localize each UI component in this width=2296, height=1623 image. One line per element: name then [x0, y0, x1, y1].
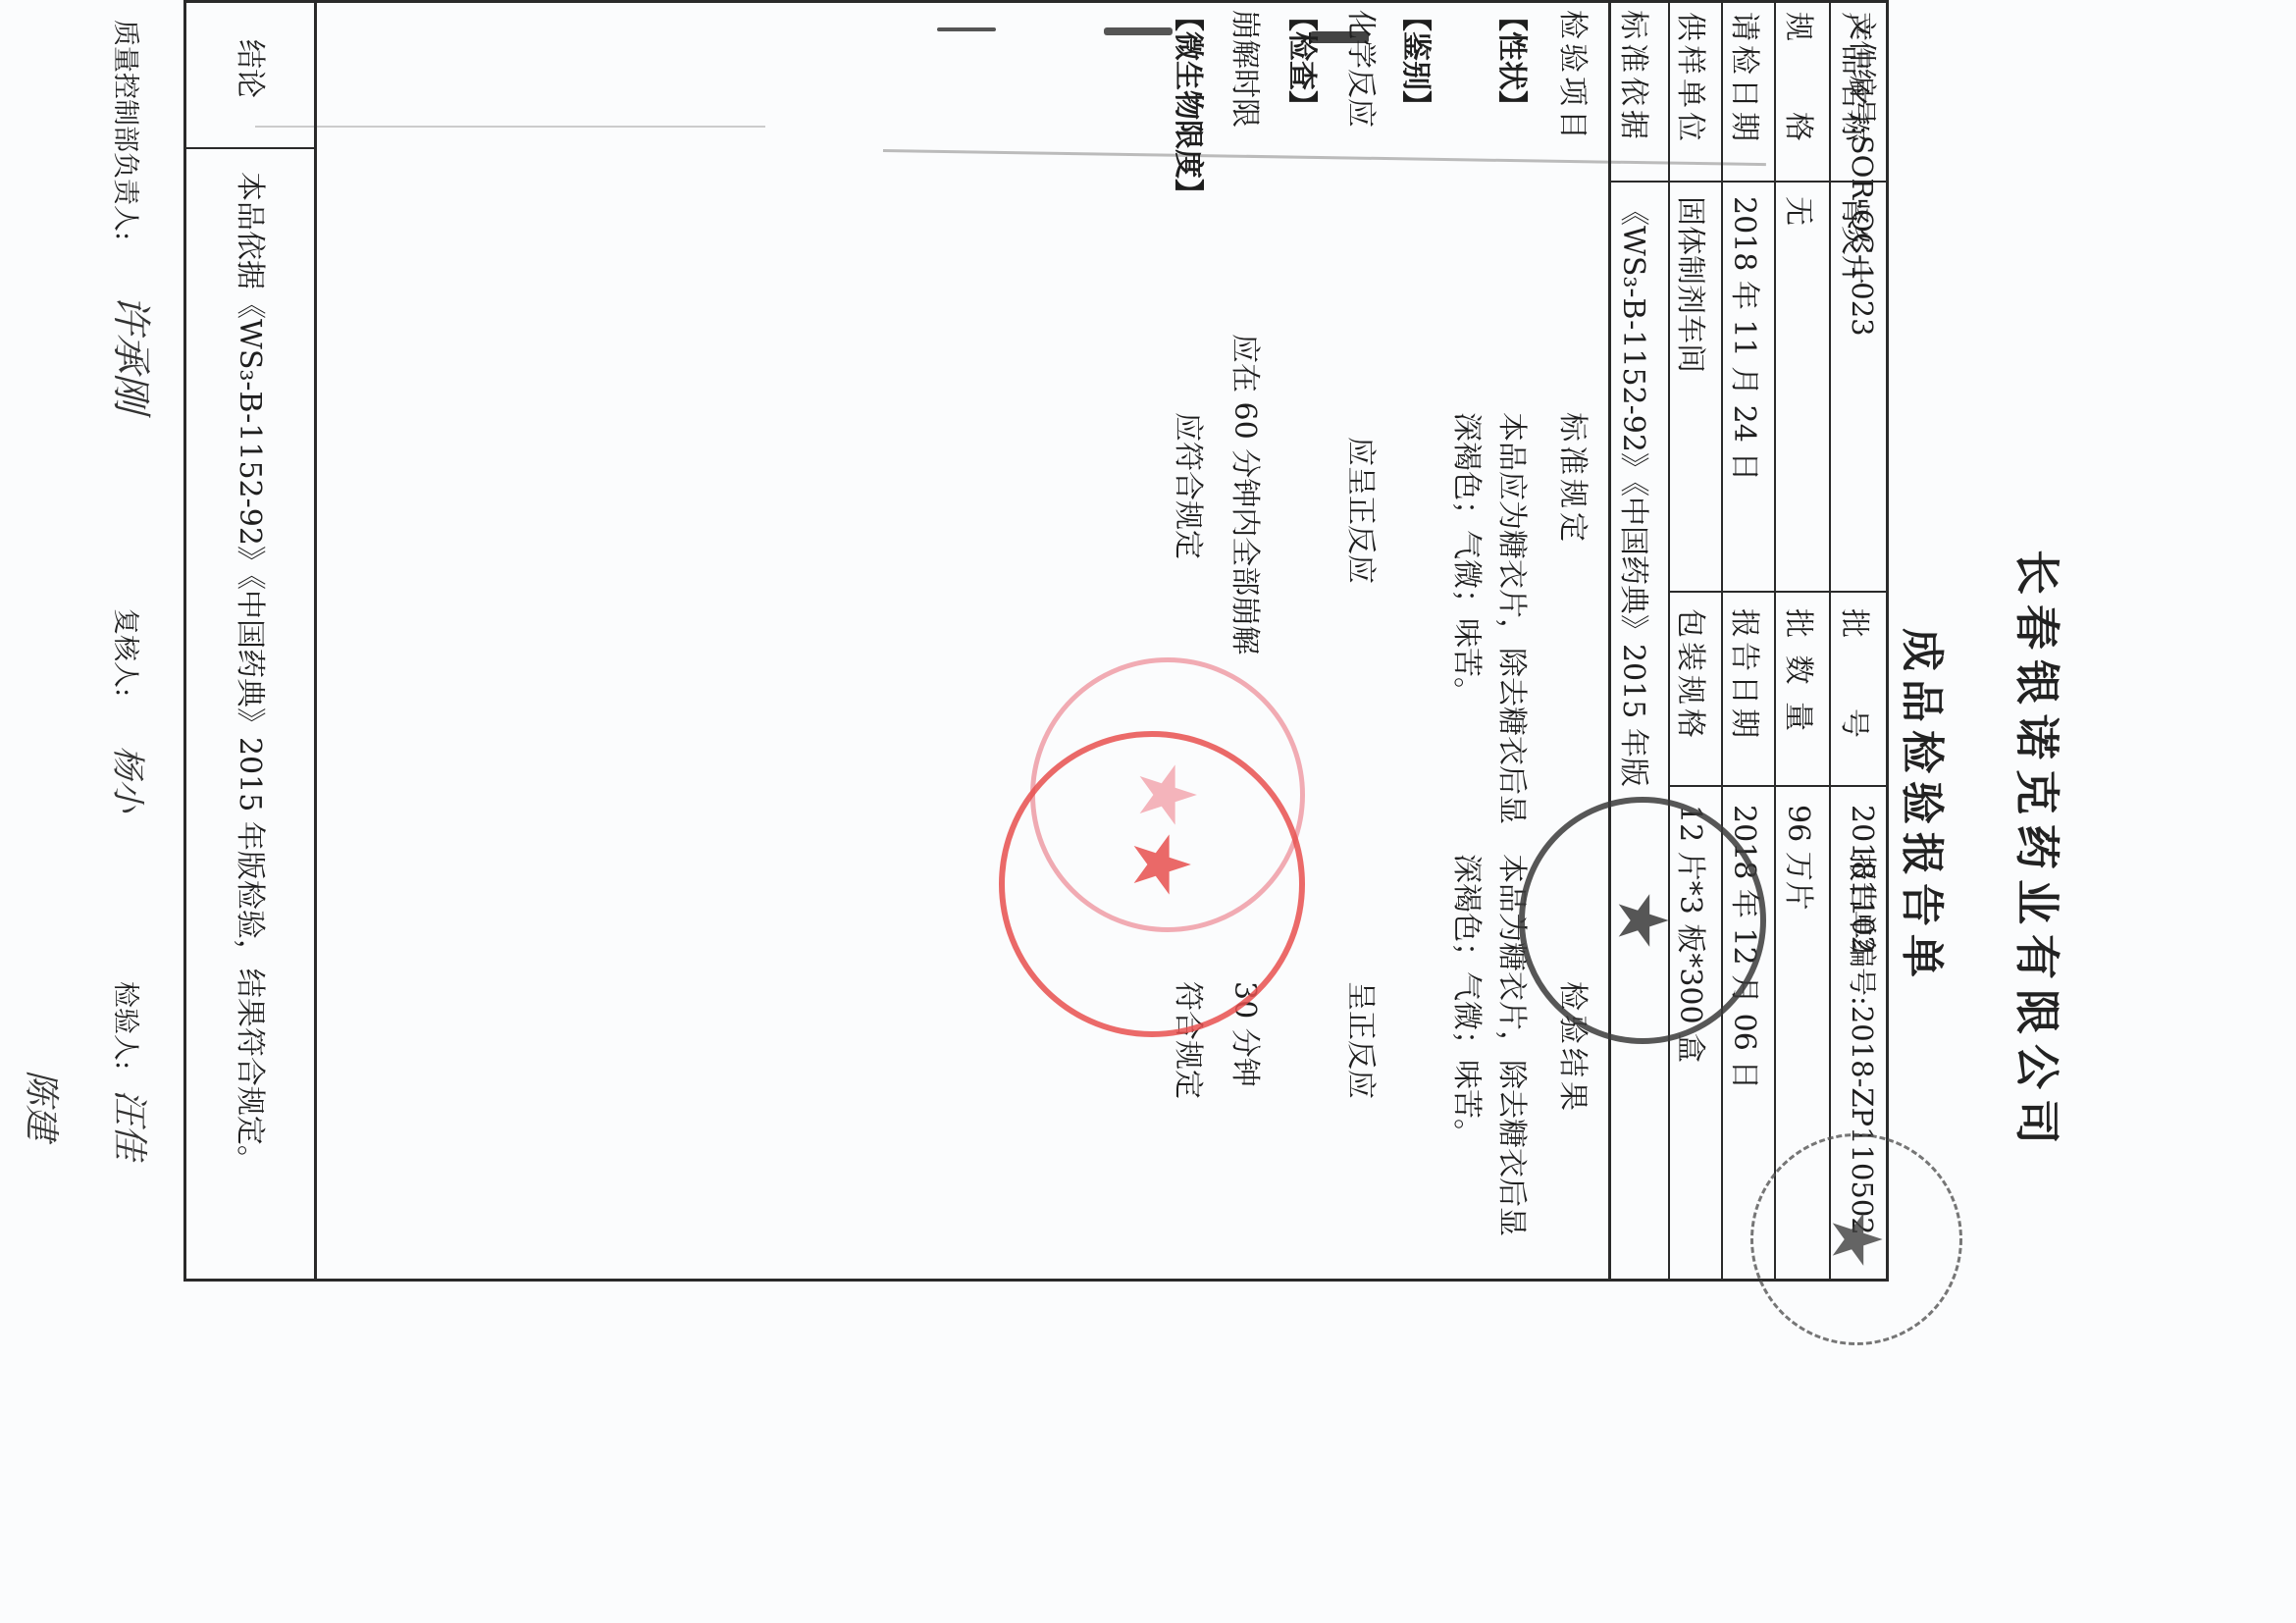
info-label-left: 请检日期 — [1726, 12, 1769, 145]
standard-appearance-2: 深褐色；气微；味苦。 — [1448, 412, 1491, 707]
report-page: 长春银诺克药业有限公司 成品检验报告单 文件编号:SOR-QC-1023 报告单… — [0, 0, 2296, 1623]
info-label-left: 规 格 — [1780, 12, 1823, 145]
standard-chemical-reaction: 应呈正反应 — [1342, 437, 1385, 584]
conclusion-top-line — [314, 0, 317, 1282]
scanned-document: 长春银诺克药业有限公司 成品检验报告单 文件编号:SOR-QC-1023 报告单… — [0, 0, 2296, 1623]
info-value-right: 96 万片 — [1780, 805, 1823, 911]
col-line — [1609, 181, 1889, 183]
inspector-label: 检验人: — [109, 981, 147, 1070]
frame-bottom — [183, 0, 186, 1282]
standard-appearance-1: 本品应为糖衣片，除去糖衣后显 — [1493, 412, 1537, 824]
star-icon: ★ — [1816, 1209, 1897, 1271]
info-label-right: 包装规格 — [1672, 608, 1715, 742]
header-item: 检验项目 — [1554, 10, 1597, 143]
info-label-right: 批 号 — [1836, 608, 1879, 742]
col-line — [1670, 591, 1889, 593]
item-inspection: 【检查】 — [1283, 2, 1327, 120]
inspector-signature-2: 陈建 — [19, 1070, 69, 1140]
info-label-left: 供样单位 — [1672, 12, 1715, 145]
item-microbial-limit: 【微生物限度】 — [1170, 2, 1213, 208]
conclusion-divider — [183, 147, 317, 149]
row-line — [1608, 0, 1611, 1282]
standard-disintegration: 应在 60 分钟内全部崩解 — [1226, 334, 1270, 654]
quality-seal-black-right: ★ — [1750, 1133, 1962, 1345]
row-line — [1829, 0, 1831, 1282]
star-icon: ★ — [1602, 890, 1683, 952]
header-standard: 标准规定 — [1554, 412, 1597, 546]
standard-microbial-limit: 应符合规定 — [1170, 412, 1213, 559]
inspector-signature: 汪佳 — [107, 1089, 157, 1160]
item-appearance: 【性状】 — [1493, 2, 1537, 120]
row-line — [1774, 0, 1776, 1282]
report-title: 成品检验报告单 — [1895, 628, 1957, 985]
item-chemical-reaction: 化学反应 — [1342, 10, 1385, 128]
conclusion-label: 结论 — [232, 39, 275, 98]
info-value-left: 肾炎片 — [1836, 196, 1879, 285]
col-line — [1670, 785, 1889, 787]
row-line — [1668, 0, 1670, 1282]
item-identification: 【鉴别】 — [1397, 2, 1440, 120]
info-label-left: 产品名称 — [1836, 12, 1879, 145]
frame-left — [183, 0, 1889, 3]
conclusion-text: 本品依据《WS₃-B-1152-92》《中国药典》2015 年版检验，结果符合规… — [232, 172, 275, 1175]
reviewer-signature: 杨小 — [107, 746, 155, 812]
frame-top — [1886, 0, 1889, 1282]
qc-head-signature: 许承刚 — [106, 294, 162, 412]
reviewer-label: 复核人: — [109, 608, 147, 697]
quality-seal-black-center: ★ — [1519, 797, 1766, 1044]
info-value-left: 无 — [1780, 196, 1823, 226]
info-label-right: 批 数 量 — [1780, 608, 1823, 735]
company-name: 长春银诺克药业有限公司 — [2008, 550, 2072, 1154]
info-label-right: 报告日期 — [1726, 608, 1769, 742]
item-disintegration: 崩解时限 — [1226, 10, 1270, 128]
standard-basis-label: 标准依据 — [1615, 10, 1658, 143]
qc-head-label: 质量控制部负责人: — [109, 20, 147, 240]
quality-seal-red: ★ — [999, 731, 1305, 1037]
standard-basis-value: 《WS₃-B-1152-92》《中国药典》2015 年版 — [1615, 196, 1658, 787]
frame-right — [183, 1279, 1889, 1282]
result-appearance-2: 深褐色；气微；味苦。 — [1448, 854, 1491, 1148]
star-icon: ★ — [1117, 829, 1208, 900]
info-value-right: 20181102 — [1845, 805, 1879, 955]
info-value-left: 固体制剂车间 — [1672, 196, 1715, 373]
row-line — [1721, 0, 1723, 1282]
result-chemical-reaction: 呈正反应 — [1342, 981, 1385, 1099]
info-value-left: 2018 年 11 月 24 日 — [1726, 196, 1769, 481]
